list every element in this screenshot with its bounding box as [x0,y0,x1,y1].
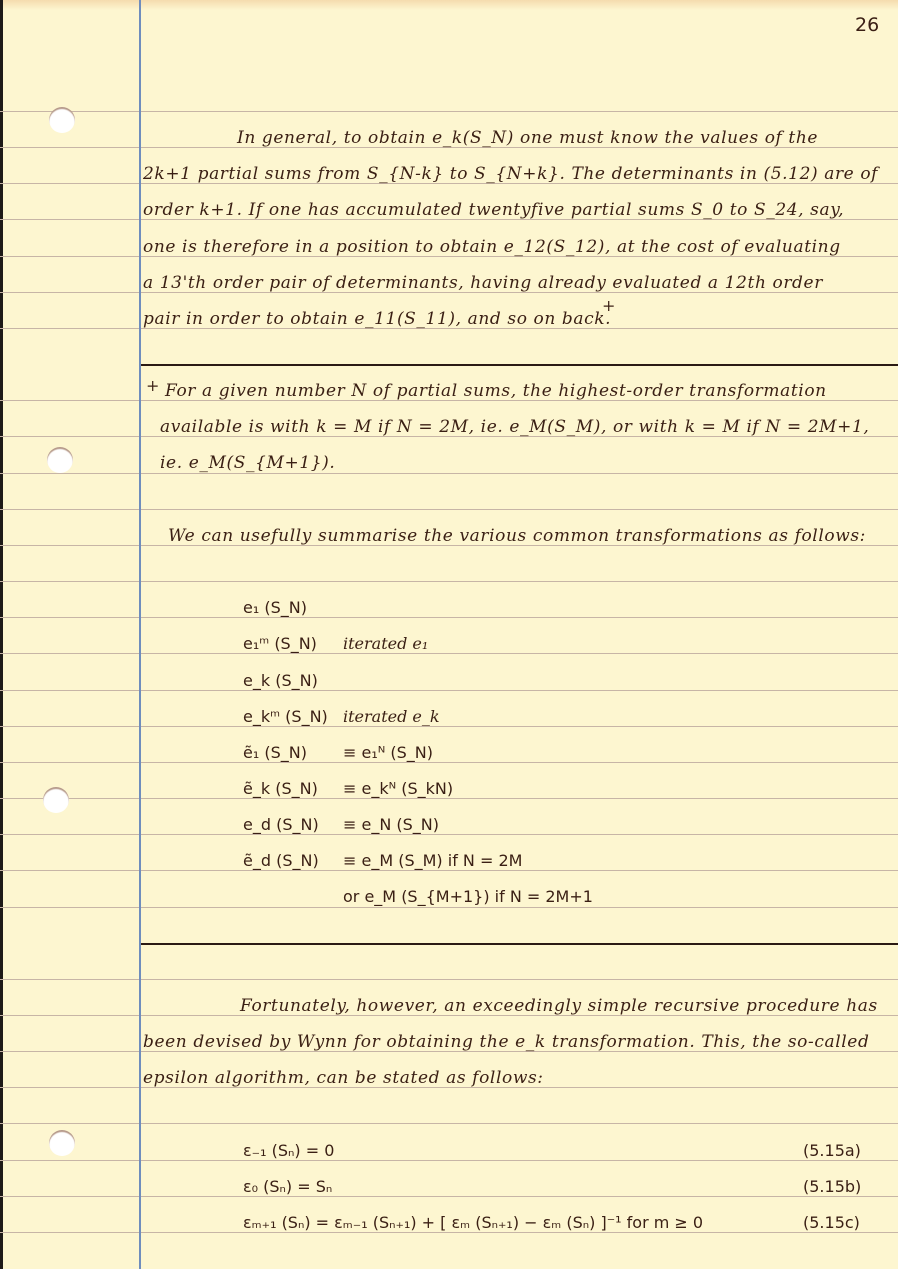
text-line: epsilon algorithm, can be stated as foll… [143,1068,544,1088]
text-line: Fortunately, however, an exceedingly sim… [240,996,878,1016]
footnote-marker: + [602,296,615,315]
equation: εₘ₊₁ (Sₙ) = εₘ₋₁ (Sₙ₊₁) + [ εₘ (Sₙ₊₁) − … [243,1213,703,1233]
ruled-line [0,726,898,727]
equation-label: (5.15c) [803,1213,860,1233]
page-edge-shadow [0,0,3,1269]
ruled-line [0,1123,898,1124]
text-line: been devised by Wynn for obtaining the e… [143,1032,869,1052]
ruled-line [0,834,898,835]
summary-intro: We can usefully summarise the various co… [168,526,866,546]
ruled-line [0,653,898,654]
punch-hole [49,1130,75,1156]
ruled-line [0,762,898,763]
footnote-marker: + [146,376,159,395]
page-number: 26 [855,14,879,36]
section-separator [139,943,898,945]
transform-definition: or e_M (S_{M+1}) if N = 2M+1 [343,887,593,907]
ruled-line [0,473,898,474]
equation-label: (5.15a) [803,1141,861,1161]
text-line: a 13'th order pair of determinants, havi… [143,273,823,293]
ruled-line [0,509,898,510]
transform-expression: e₁ᵐ (S_N) [243,634,317,654]
transform-expression: e_kᵐ (S_N) [243,707,328,727]
ruled-line [0,581,898,582]
equation: ε₀ (Sₙ) = Sₙ [243,1177,332,1197]
margin-line [139,0,141,1269]
text-line: pair in order to obtain e_11(S_11), and … [143,309,611,329]
equation: ε₋₁ (Sₙ) = 0 [243,1141,334,1161]
transform-expression: ẽ_d (S_N) [243,851,319,871]
text-line: In general, to obtain e_k(S_N) one must … [237,128,818,148]
ruled-line [0,1160,898,1161]
transform-expression: ẽ_k (S_N) [243,779,318,799]
ruled-line [0,690,898,691]
ruled-line [0,1196,898,1197]
transform-definition: iterated e₁ [343,634,428,654]
text-line: one is therefore in a position to obtain… [143,237,841,257]
transform-expression: e_d (S_N) [243,815,319,835]
transform-definition: iterated e_k [343,707,440,727]
ruled-line [0,907,898,908]
section-separator [139,364,898,366]
ruled-line [0,979,898,980]
text-line: order k+1. If one has accumulated twenty… [143,200,844,220]
punch-hole [49,107,75,133]
ruled-line [0,617,898,618]
transform-expression: ẽ₁ (S_N) [243,743,307,763]
transform-definition: ≡ e_M (S_M) if N = 2M [343,851,522,871]
ruled-line [0,111,898,112]
punch-hole [47,447,73,473]
footnote-line: ie. e_M(S_{M+1}). [160,453,335,473]
transform-definition: ≡ e_kᴺ (S_kN) [343,779,453,799]
equation-label: (5.15b) [803,1177,861,1197]
footnote-line: available is with k = M if N = 2M, ie. e… [160,417,869,437]
transform-definition: ≡ e₁ᴺ (S_N) [343,743,433,763]
punch-hole [43,787,69,813]
transform-expression: e₁ (S_N) [243,598,307,618]
notebook-page: 26 In general, to obtain e_k(S_N) one mu… [0,0,898,1269]
footnote-line: For a given number N of partial sums, th… [165,381,827,401]
transform-expression: e_k (S_N) [243,671,318,691]
text-line: 2k+1 partial sums from S_{N-k} to S_{N+k… [143,164,878,184]
transform-definition: ≡ e_N (S_N) [343,815,439,835]
